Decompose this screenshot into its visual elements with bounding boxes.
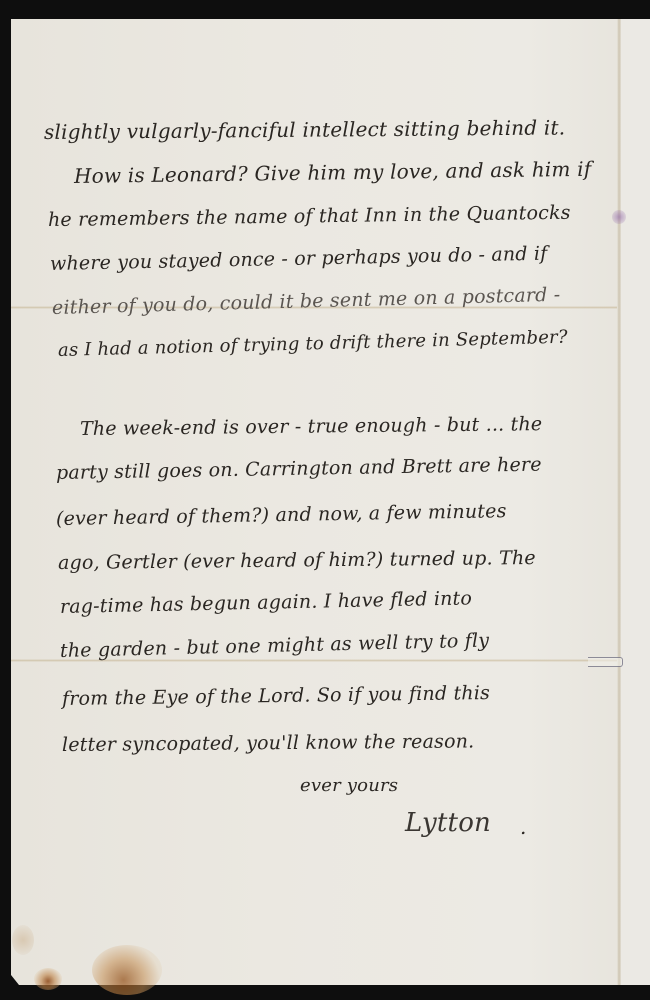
letter-closing: ever yours	[300, 775, 398, 796]
stain-spot	[92, 945, 162, 995]
scanned-letter-page: slightly vulgarly-fanciful intellect sit…	[0, 0, 650, 1000]
facing-page-strip	[621, 19, 650, 985]
stain-spot	[34, 968, 62, 990]
signature-period: .	[520, 815, 527, 839]
letter-line-14: letter syncopated, you'll know the reaso…	[62, 730, 475, 756]
ink-smudge-mark	[612, 210, 626, 224]
paper-tab-mark	[588, 657, 623, 667]
letter-signature: Lytton	[405, 808, 491, 838]
letter-line-1: slightly vulgarly-fanciful intellect sit…	[44, 115, 565, 144]
stain-spot	[12, 925, 34, 955]
